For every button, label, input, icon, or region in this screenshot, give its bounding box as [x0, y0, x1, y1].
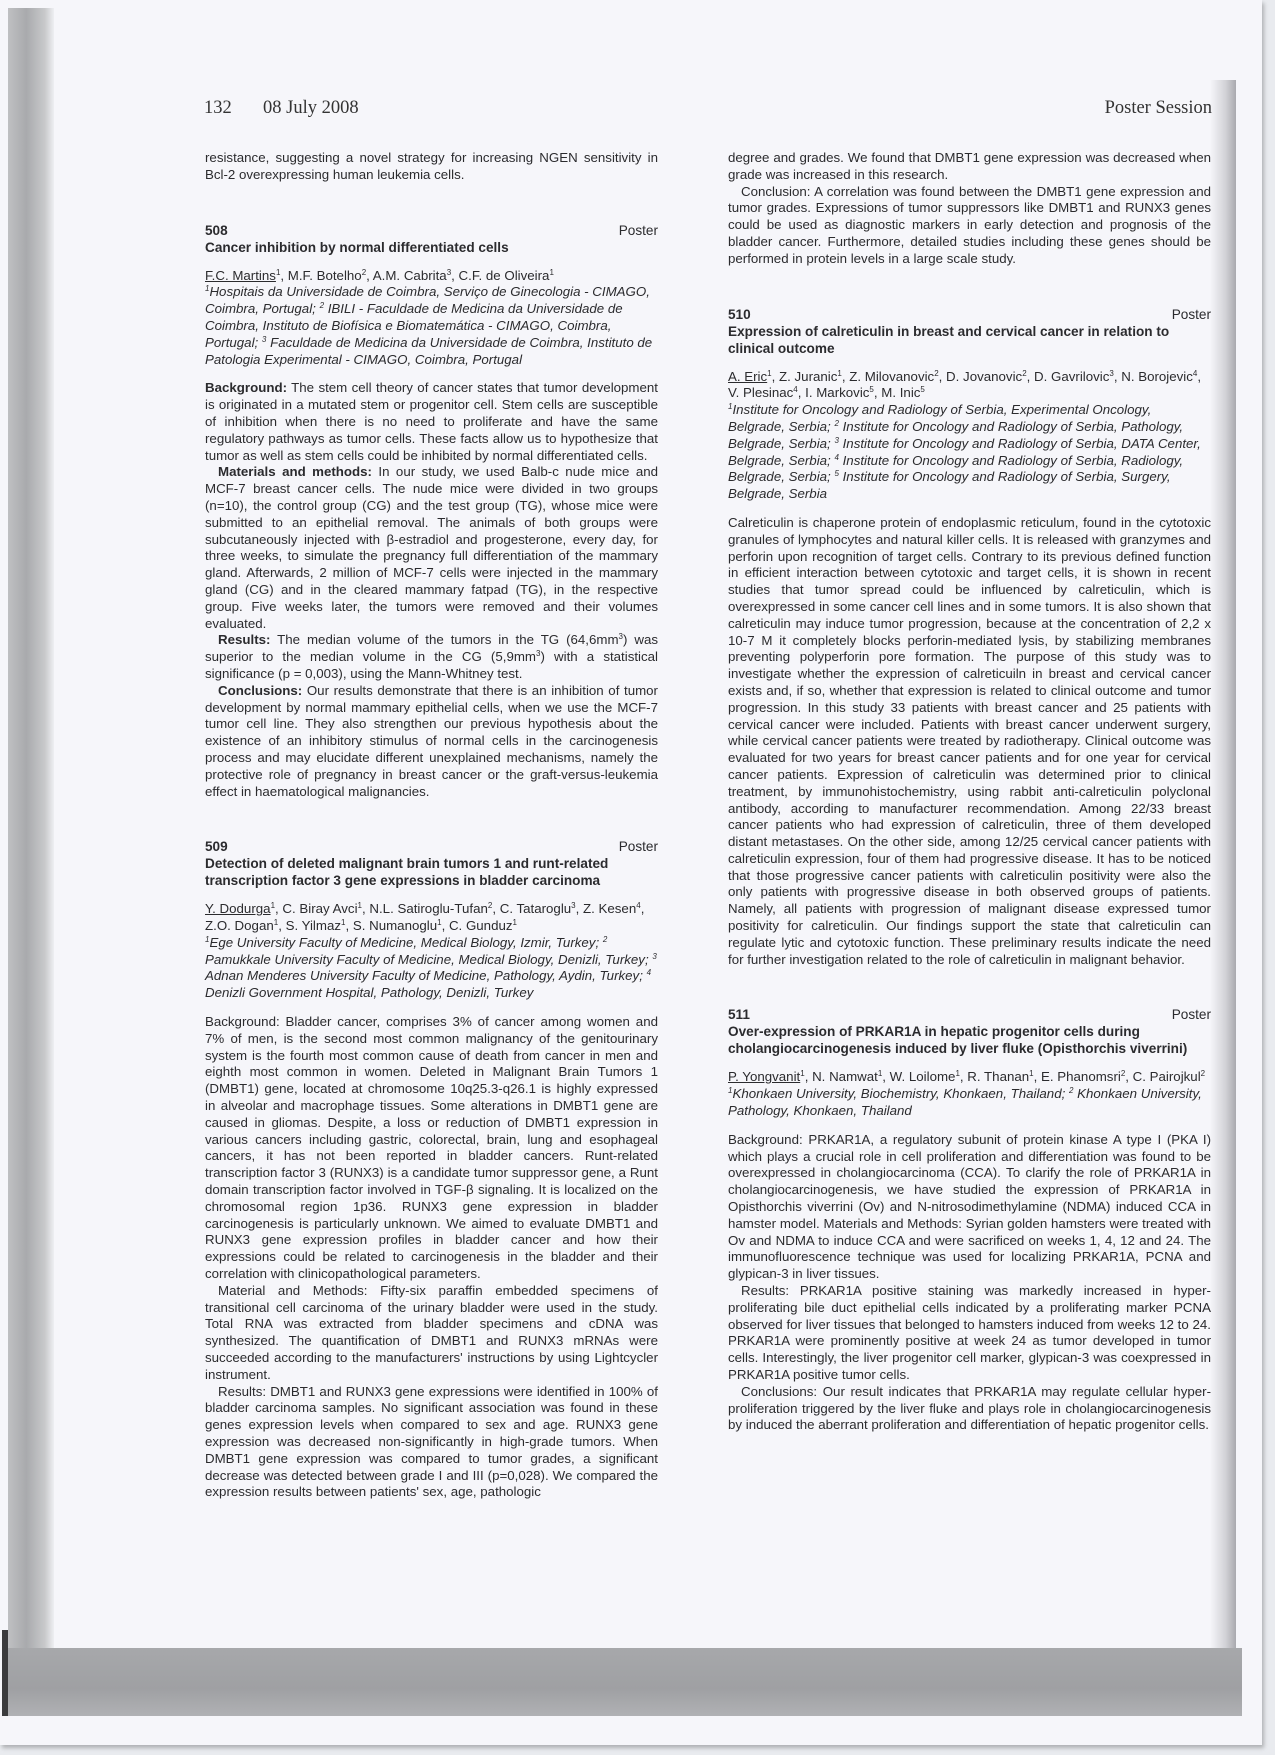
section-label: Materials and methods:: [218, 464, 372, 479]
abstract-title: Detection of deleted malignant brain tum…: [205, 855, 658, 889]
section-label: Results:: [218, 632, 270, 647]
conclusions-paragraph: Conclusions: Our result indicates that P…: [728, 1384, 1211, 1434]
author: , E. Phanomsri: [1034, 1069, 1121, 1084]
author: , C. Gunduz: [442, 918, 513, 933]
methods-paragraph: Material and Methods: Fifty-six paraffin…: [205, 1283, 658, 1384]
abstract-number: 509: [205, 838, 658, 855]
affiliation: Ege University Faculty of Medicine, Medi…: [209, 935, 602, 950]
affiliations: 1Ege University Faculty of Medicine, Med…: [205, 935, 658, 1002]
author-list: F.C. Martins1, M.F. Botelho2, A.M. Cabri…: [205, 268, 658, 369]
header-section: Poster Session: [1105, 98, 1212, 119]
abstract-509: 509 Poster Detection of deleted malignan…: [205, 838, 658, 1501]
presenting-author: Y. Dodurga: [205, 901, 271, 916]
author: , D. Jovanovic: [939, 369, 1023, 384]
abstract-heading: 511 Poster Over-expression of PRKAR1A in…: [728, 1006, 1211, 1057]
body-paragraph: Calreticulin is chaperone protein of end…: [728, 515, 1211, 969]
section-text: The median volume of the tumors in the T…: [270, 632, 618, 647]
abstract-heading: 509 Poster Detection of deleted malignan…: [205, 838, 658, 889]
presenting-author: F.C. Martins: [205, 268, 276, 283]
author-sup: 1: [513, 918, 517, 927]
abstract-heading: 510 Poster Expression of calreticulin in…: [728, 306, 1211, 357]
author-list: P. Yongvanit1, N. Namwat1, W. Loilome1, …: [728, 1069, 1211, 1119]
abstract-type: Poster: [1172, 306, 1211, 323]
author: , C. Pairojkul: [1125, 1069, 1200, 1084]
abstract-508: 508 Poster Cancer inhibition by normal d…: [205, 222, 658, 801]
results-paragraph: Results: DMBT1 and RUNX3 gene expression…: [205, 1384, 658, 1502]
affiliation: Faculdade de Medicina da Universidade de…: [205, 335, 652, 367]
scan-bottom-shadow: [6, 1648, 1242, 1716]
author: , W. Loilome: [882, 1069, 955, 1084]
author: , S. Yilmaz: [278, 918, 341, 933]
abstract-body: Calreticulin is chaperone protein of end…: [728, 515, 1211, 969]
section-label: Conclusions:: [218, 683, 302, 698]
methods-paragraph: Materials and methods: In our study, we …: [205, 464, 658, 632]
affiliations: 1Institute for Oncology and Radiology of…: [728, 402, 1211, 503]
carryover-text: resistance, suggesting a novel strategy …: [205, 150, 658, 184]
background-paragraph: Background: PRKAR1A, a regulatory subuni…: [728, 1132, 1211, 1283]
page-number: 132: [204, 98, 232, 119]
author: , A.M. Cabrita: [366, 268, 447, 283]
author-sup: 5: [920, 385, 924, 394]
left-column: resistance, suggesting a novel strategy …: [205, 150, 658, 1501]
section-label: Background:: [205, 380, 287, 395]
author: , D. Gavrilovic: [1027, 369, 1110, 384]
author: , I. Markovic: [798, 385, 870, 400]
abstract-type: Poster: [619, 222, 658, 239]
author: , Z. Juranic: [772, 369, 838, 384]
presenting-author: A. Eric: [728, 369, 767, 384]
author-sup: 1: [549, 268, 553, 277]
affiliations: 1Khonkaen University, Biochemistry, Khon…: [728, 1086, 1211, 1120]
author-sup: 2: [1201, 1069, 1205, 1078]
abstract-type: Poster: [1172, 1006, 1211, 1023]
affiliation: Pamukkale University Faculty of Medicine…: [205, 952, 652, 967]
carryover-conclusion: Conclusion: A correlation was found betw…: [728, 184, 1211, 268]
affiliations: 1Hospitais da Universidade de Coimbra, S…: [205, 284, 658, 368]
abstract-511: 511 Poster Over-expression of PRKAR1A in…: [728, 1006, 1211, 1434]
abstract-type: Poster: [619, 838, 658, 855]
author-list: Y. Dodurga1, C. Biray Avci1, N.L. Satiro…: [205, 901, 658, 1002]
abstract-number: 510: [728, 306, 1211, 323]
abstract-number: 511: [728, 1006, 1211, 1023]
author: , N. Namwat: [805, 1069, 878, 1084]
affil-sup: 3: [652, 952, 656, 961]
author: , C. Tataroglu: [492, 901, 571, 916]
abstract-body: Background: Bladder cancer, comprises 3%…: [205, 1014, 658, 1501]
conclusions-paragraph: Conclusions: Our results demonstrate tha…: [205, 683, 658, 801]
scan-binding-shadow: [8, 8, 54, 1648]
scanned-page: 132 08 July 2008 Poster Session resistan…: [0, 0, 1262, 1745]
abstract-510: 510 Poster Expression of calreticulin in…: [728, 306, 1211, 969]
running-header: 132 08 July 2008 Poster Session: [204, 98, 1212, 124]
abstract-body: Background: PRKAR1A, a regulatory subuni…: [728, 1132, 1211, 1434]
abstract-title: Over-expression of PRKAR1A in hepatic pr…: [728, 1023, 1211, 1057]
carryover-text: degree and grades. We found that DMBT1 g…: [728, 150, 1211, 184]
presenting-author: P. Yongvanit: [728, 1069, 800, 1084]
author: , N. Borojevic: [1114, 369, 1193, 384]
author: , S. Numanoglu: [345, 918, 437, 933]
background-paragraph: Background: Bladder cancer, comprises 3%…: [205, 1014, 658, 1283]
author: , Z. Milovanovic: [842, 369, 934, 384]
affil-sup: 4: [647, 968, 651, 977]
section-text: Our results demonstrate that there is an…: [205, 683, 658, 799]
header-date: 08 July 2008: [263, 98, 359, 119]
author: , R. Thanan: [960, 1069, 1029, 1084]
author: , C. Biray Avci: [275, 901, 358, 916]
results-paragraph: Results: PRKAR1A positive staining was m…: [728, 1283, 1211, 1384]
abstract-title: Expression of calreticulin in breast and…: [728, 323, 1211, 357]
author: , Z. Kesen: [576, 901, 637, 916]
abstract-heading: 508 Poster Cancer inhibition by normal d…: [205, 222, 658, 256]
author: , C.F. de Oliveira: [451, 268, 549, 283]
scan-edge-shadow: [1210, 80, 1236, 1650]
affiliation: Adnan Menderes University Faculty of Med…: [205, 968, 647, 983]
affiliation: Khonkaen University, Biochemistry, Khonk…: [732, 1086, 1069, 1101]
right-column: degree and grades. We found that DMBT1 g…: [728, 150, 1211, 1434]
results-paragraph: Results: The median volume of the tumors…: [205, 632, 658, 682]
abstract-title: Cancer inhibition by normal differentiat…: [205, 239, 658, 256]
author: , M. Inic: [874, 385, 921, 400]
abstract-number: 508: [205, 222, 658, 239]
background-paragraph: Background: The stem cell theory of canc…: [205, 380, 658, 464]
author-list: A. Eric1, Z. Juranic1, Z. Milovanovic2, …: [728, 369, 1211, 503]
author: , M.F. Botelho: [280, 268, 361, 283]
abstract-body: Background: The stem cell theory of canc…: [205, 380, 658, 800]
author: , N.L. Satiroglu-Tufan: [362, 901, 488, 916]
section-text: In our study, we used Balb-c nude mice a…: [205, 464, 658, 630]
affil-sup: 2: [603, 935, 607, 944]
affiliation: Denizli Government Hospital, Pathology, …: [205, 985, 533, 1000]
scan-corner-shadow: [2, 1630, 8, 1716]
